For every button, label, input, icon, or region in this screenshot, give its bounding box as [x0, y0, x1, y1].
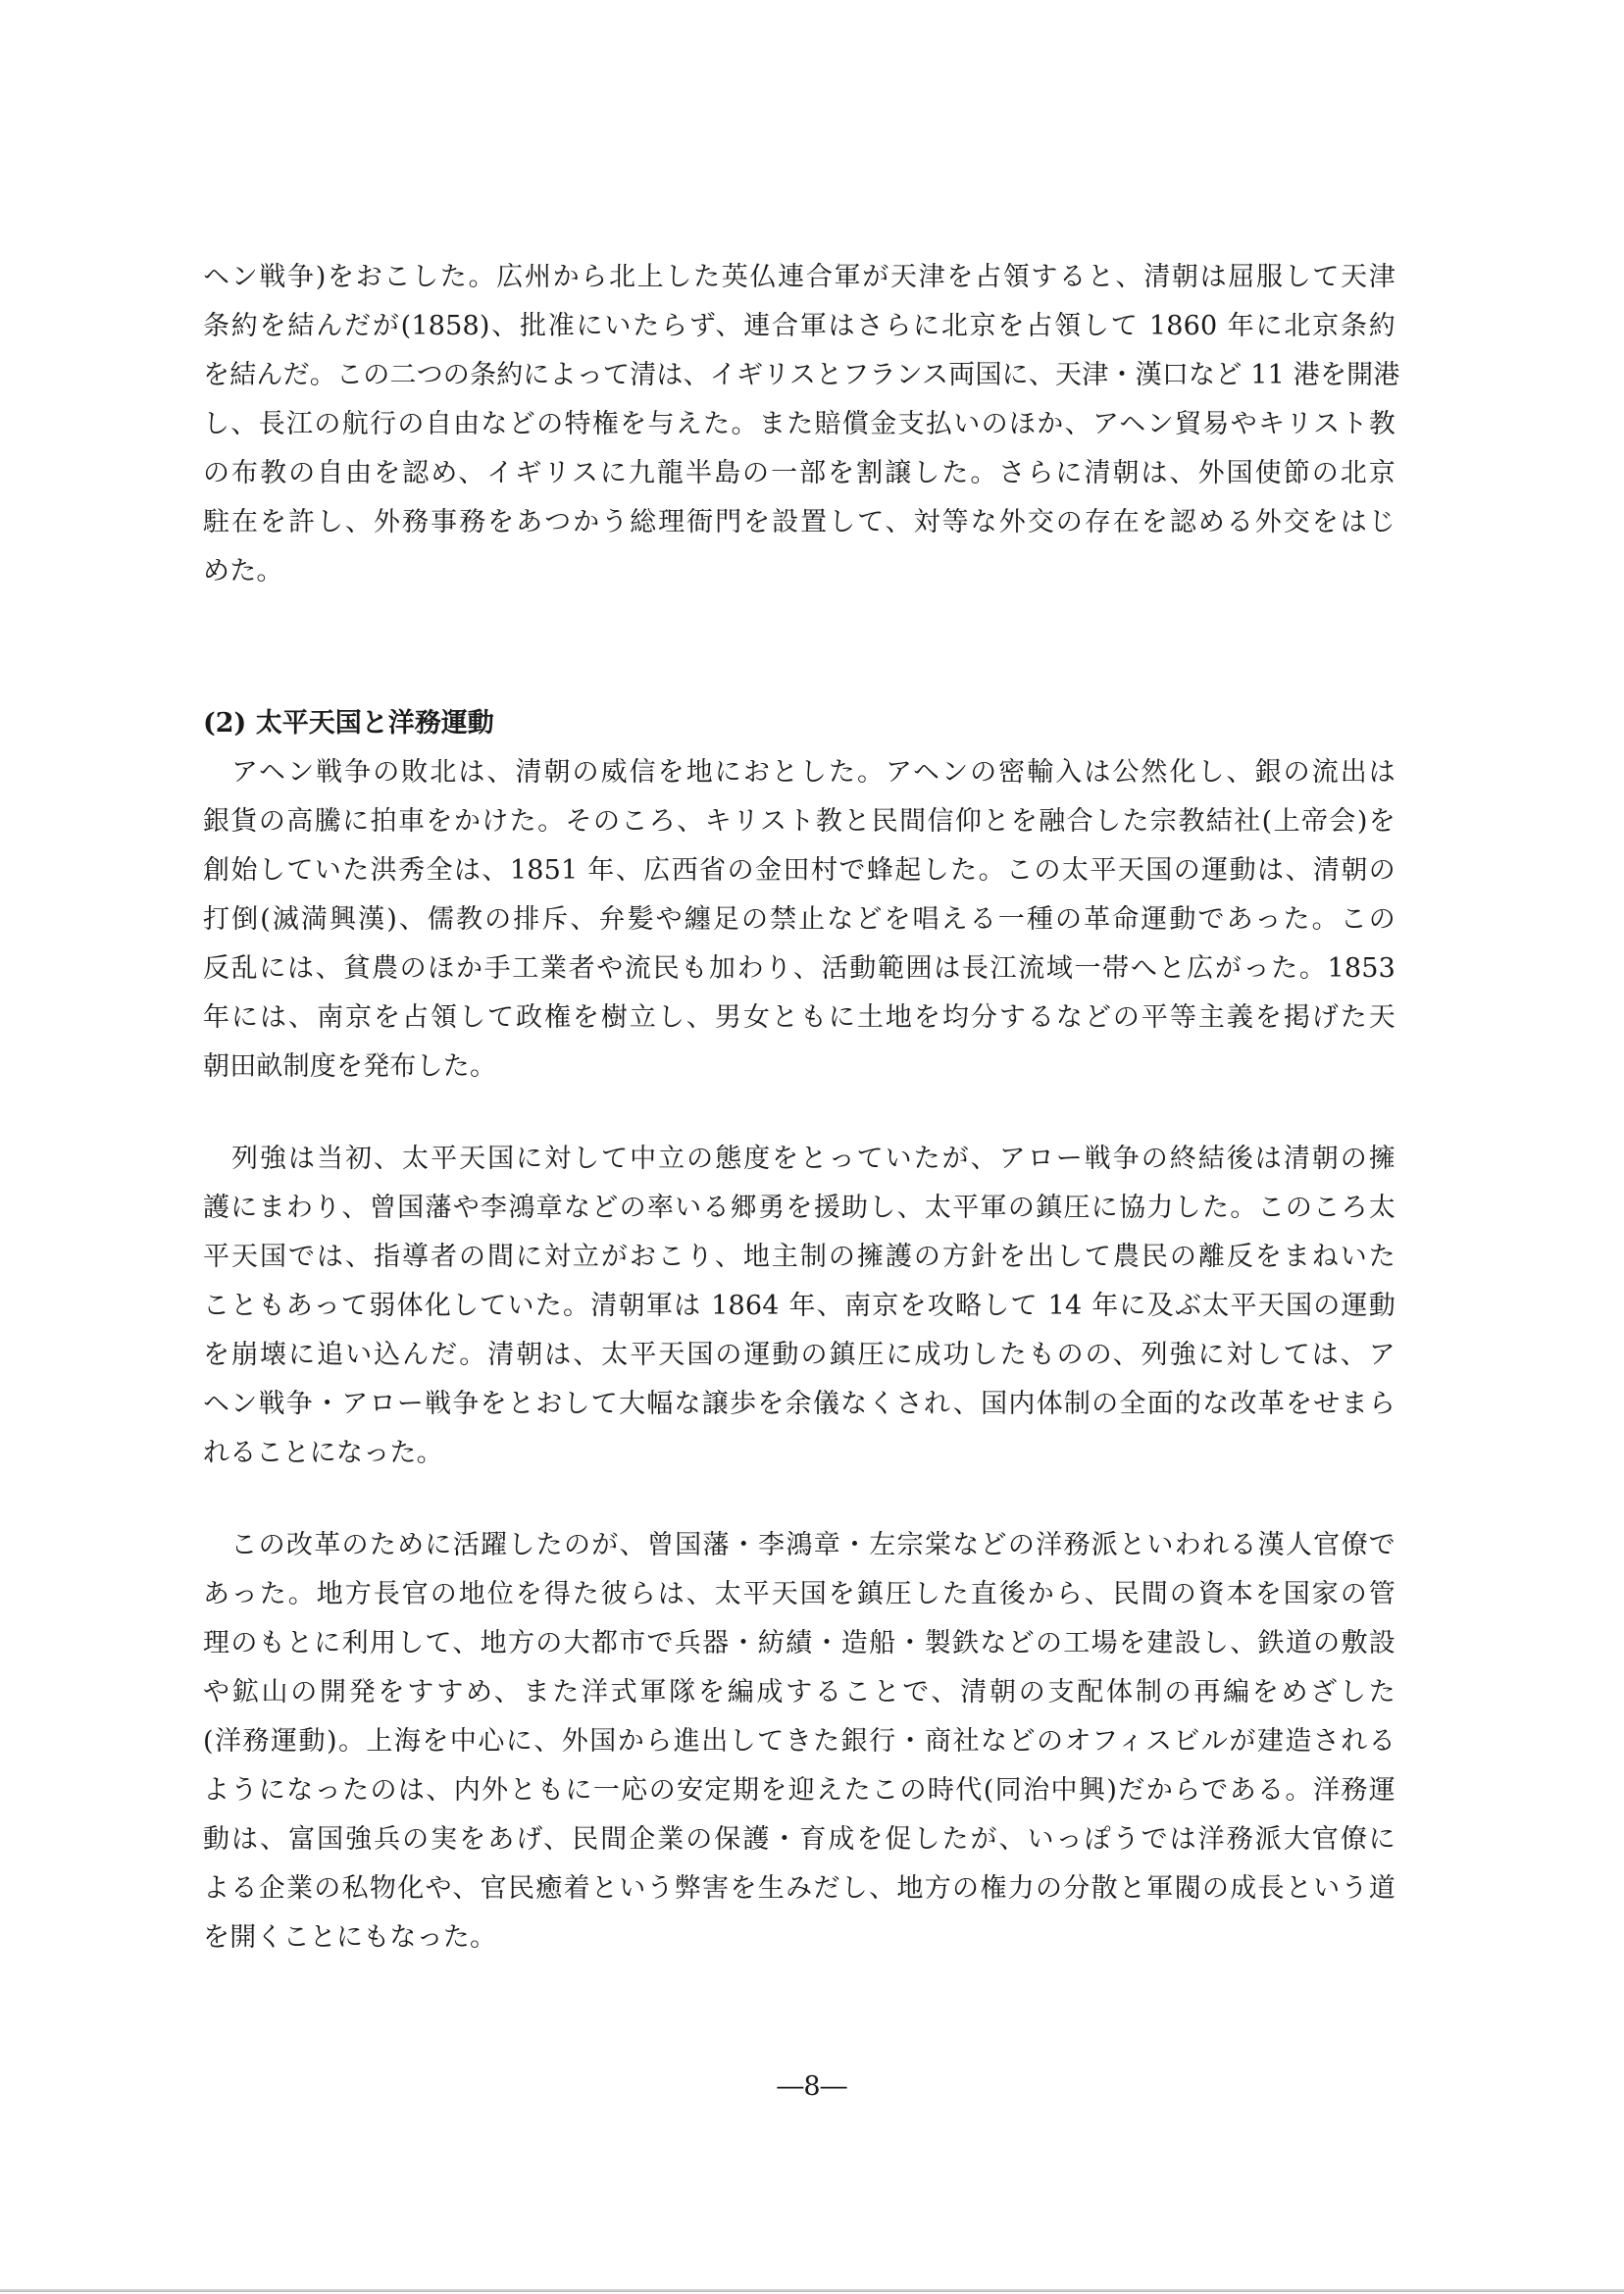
- text-line: 列強は当初、太平天国に対して中立の態度をとっていたが、アロー戦争の終結後は清朝の…: [203, 1135, 1396, 1184]
- text-line: を結んだ。この二つの条約によって清は、イギリスとフランス両国に、天津・漢口など …: [203, 351, 1396, 400]
- text-line: めた。: [203, 547, 1396, 596]
- text-line: 平天国では、指導者の間に対立がおこり、地主制の擁護の方針を出して農民の離反をまね…: [203, 1233, 1396, 1282]
- text-line: 朝田畝制度を発布した。: [203, 1043, 1396, 1092]
- text-line: 打倒(滅満興漢)、儒教の排斥、弁髪や纏足の禁止などを唱える一種の革命運動であった…: [203, 895, 1396, 944]
- paragraph-spacer: [203, 1092, 1396, 1135]
- text-line: を開くことにもなった。: [203, 1913, 1396, 1963]
- section-spacer: [203, 596, 1396, 699]
- text-line: の布教の自由を認め、イギリスに九龍半島の一部を割譲した。さらに清朝は、外国使節の…: [203, 449, 1396, 498]
- text-line: を崩壊に追い込んだ。清朝は、太平天国の運動の鎮圧に成功したものの、列強に対しては…: [203, 1331, 1396, 1380]
- text-line: 護にまわり、曾国藩や李鴻章などの率いる郷勇を援助し、太平軍の鎮圧に協力した。この…: [203, 1184, 1396, 1233]
- section-heading: (2) 太平天国と洋務運動: [203, 699, 1396, 748]
- text-line: し、長江の航行の自由などの特権を与えた。また賠償金支払いのほか、アヘン貿易やキリ…: [203, 400, 1396, 449]
- text-line: 年には、南京を占領して政権を樹立し、男女ともに土地を均分するなどの平等主義を掲げ…: [203, 994, 1396, 1043]
- text-line: こともあって弱体化していた。清朝軍は 1864 年、南京を攻略して 14 年に及…: [203, 1282, 1396, 1331]
- page-number: ―8―: [0, 2067, 1624, 2107]
- scan-edge-divider: [0, 2289, 1624, 2292]
- paragraph-opium-war-continuation: ヘン戦争)をおこした。広州から北上した英仏連合軍が天津を占領すると、清朝は屈服し…: [203, 253, 1396, 596]
- text-line: れることになった。: [203, 1429, 1396, 1478]
- paragraph-taiping-rebellion: アヘン戦争の敗北は、清朝の威信を地におとした。アヘンの密輸入は公然化し、銀の流出…: [203, 748, 1396, 1092]
- text-line: や鉱山の開発をすすめ、また洋式軍隊を編成することで、清朝の支配体制の再編をめざし…: [203, 1668, 1396, 1717]
- document-page: ヘン戦争)をおこした。広州から北上した英仏連合軍が天津を占領すると、清朝は屈服し…: [203, 253, 1396, 1963]
- text-line: よる企業の私物化や、官民癒着という弊害を生みだし、地方の権力の分散と軍閥の成長と…: [203, 1864, 1396, 1913]
- text-line: 銀貨の高騰に拍車をかけた。そのころ、キリスト教と民間信仰とを融合した宗教結社(上…: [203, 797, 1396, 846]
- text-line: 動は、富国強兵の実をあげ、民間企業の保護・育成を促したが、いっぽうでは洋務派大官…: [203, 1815, 1396, 1864]
- text-line: 反乱には、貧農のほか手工業者や流民も加わり、活動範囲は長江流域一帯へと広がった。…: [203, 944, 1396, 994]
- paragraph-self-strengthening: この改革のために活躍したのが、曾国藩・李鴻章・左宗棠などの洋務派といわれる漢人官…: [203, 1521, 1396, 1963]
- text-line: ヘン戦争)をおこした。広州から北上した英仏連合軍が天津を占領すると、清朝は屈服し…: [203, 253, 1396, 302]
- text-line: ヘン戦争・アロー戦争をとおして大幅な譲歩を余儀なくされ、国内体制の全面的な改革を…: [203, 1380, 1396, 1429]
- text-line: この改革のために活躍したのが、曾国藩・李鴻章・左宗棠などの洋務派といわれる漢人官…: [203, 1521, 1396, 1570]
- text-line: あった。地方長官の地位を得た彼らは、太平天国を鎮圧した直後から、民間の資本を国家…: [203, 1570, 1396, 1619]
- text-line: 駐在を許し、外務事務をあつかう総理衙門を設置して、対等な外交の存在を認める外交を…: [203, 498, 1396, 547]
- text-line: 条約を結んだが(1858)、批准にいたらず、連合軍はさらに北京を占領して 186…: [203, 302, 1396, 351]
- text-line: ようになったのは、内外ともに一応の安定期を迎えたこの時代(同治中興)だからである…: [203, 1766, 1396, 1815]
- text-line: 理のもとに利用して、地方の大都市で兵器・紡績・造船・製鉄などの工場を建設し、鉄道…: [203, 1619, 1396, 1668]
- paragraph-powers-intervention: 列強は当初、太平天国に対して中立の態度をとっていたが、アロー戦争の終結後は清朝の…: [203, 1135, 1396, 1478]
- paragraph-spacer: [203, 1478, 1396, 1521]
- text-line: アヘン戦争の敗北は、清朝の威信を地におとした。アヘンの密輸入は公然化し、銀の流出…: [203, 748, 1396, 797]
- text-line: (洋務運動)。上海を中心に、外国から進出してきた銀行・商社などのオフィスビルが建…: [203, 1717, 1396, 1766]
- text-line: 創始していた洪秀全は、1851 年、広西省の金田村で蜂起した。この太平天国の運動…: [203, 846, 1396, 895]
